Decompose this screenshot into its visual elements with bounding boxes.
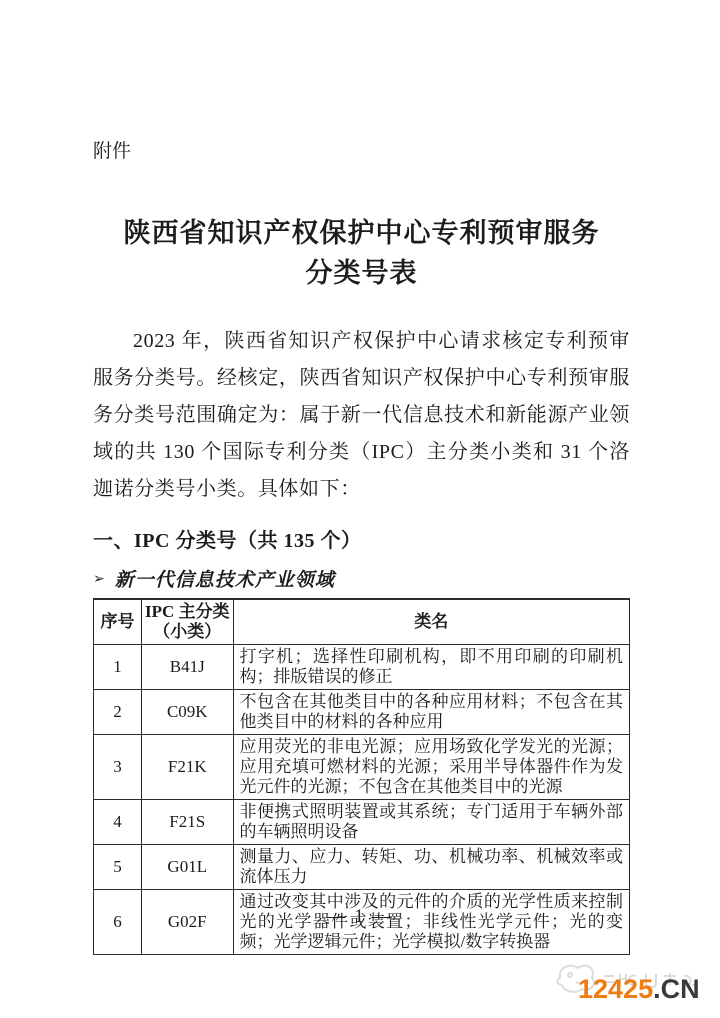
- industry-bullet-line: ➢ 新一代信息技术产业领域: [93, 565, 630, 592]
- attachment-label: 附件: [93, 0, 630, 163]
- row-code: B41J: [142, 645, 234, 690]
- ipc-classification-table: 序号 IPC 主分类 （小类） 类名 1 B41J 打字机；选择性印刷机构，即不…: [93, 598, 630, 955]
- table-row: 1 B41J 打字机；选择性印刷机构，即不用印刷的印刷机构；排版错误的修正: [94, 645, 630, 690]
- table-header-row: 序号 IPC 主分类 （小类） 类名: [94, 599, 630, 645]
- watermark-suffix: .CN: [653, 974, 700, 1004]
- page-number: — 1 —: [0, 906, 720, 928]
- row-seq: 4: [94, 800, 142, 845]
- document-title-line2: 分类号表: [306, 258, 418, 288]
- row-name: 不包含在其他类目中的各种应用材料；不包含在其他类目中的材料的各种应用: [233, 690, 629, 735]
- row-name: 打字机；选择性印刷机构，即不用印刷的印刷机构；排版错误的修正: [233, 645, 629, 690]
- row-seq: 3: [94, 735, 142, 800]
- row-code: G01L: [142, 845, 234, 890]
- site-watermark-text: 12425.CN: [578, 976, 700, 1003]
- header-ipc-class: IPC 主分类 （小类）: [142, 599, 234, 645]
- site-watermark: 12425.CN: [552, 956, 716, 1012]
- row-code: F21K: [142, 735, 234, 800]
- header-ipc-class-line2: （小类）: [145, 622, 230, 642]
- header-class-name: 类名: [233, 599, 629, 645]
- section-heading-ipc: 一、IPC 分类号（共 135 个）: [93, 524, 630, 553]
- watermark-number: 12425: [578, 974, 653, 1004]
- row-code: F21S: [142, 800, 234, 845]
- table-row: 5 G01L 测量力、应力、转矩、功、机械功率、机械效率或流体压力: [94, 845, 630, 890]
- arrow-bullet-icon: ➢: [93, 571, 105, 588]
- table-row: 4 F21S 非便携式照明装置或其系统；专门适用于车辆外部的车辆照明设备: [94, 800, 630, 845]
- header-ipc-class-line1: IPC 主分类: [145, 602, 230, 622]
- row-name: 测量力、应力、转矩、功、机械功率、机械效率或流体压力: [233, 845, 629, 890]
- industry-heading: 新一代信息技术产业领域: [115, 565, 335, 592]
- document-title-line1: 陕西省知识产权保护中心专利预审服务: [124, 218, 600, 248]
- row-seq: 2: [94, 690, 142, 735]
- document-page: 附件 陕西省知识产权保护中心专利预审服务 分类号表 2023 年，陕西省知识产权…: [0, 0, 720, 955]
- row-name: 应用荧光的非电光源；应用场致化学发光的光源；应用充填可燃材料的光源；采用半导体器…: [233, 735, 629, 800]
- row-seq: 1: [94, 645, 142, 690]
- header-seq: 序号: [94, 599, 142, 645]
- row-code: C09K: [142, 690, 234, 735]
- table-row: 2 C09K 不包含在其他类目中的各种应用材料；不包含在其他类目中的材料的各种应…: [94, 690, 630, 735]
- table-row: 3 F21K 应用荧光的非电光源；应用场致化学发光的光源；应用充填可燃材料的光源…: [94, 735, 630, 800]
- row-seq: 5: [94, 845, 142, 890]
- document-title: 陕西省知识产权保护中心专利预审服务 分类号表: [93, 213, 630, 293]
- row-name: 非便携式照明装置或其系统；专门适用于车辆外部的车辆照明设备: [233, 800, 629, 845]
- intro-paragraph: 2023 年，陕西省知识产权保护中心请求核定专利预审服务分类号。经核定，陕西省知…: [93, 323, 630, 508]
